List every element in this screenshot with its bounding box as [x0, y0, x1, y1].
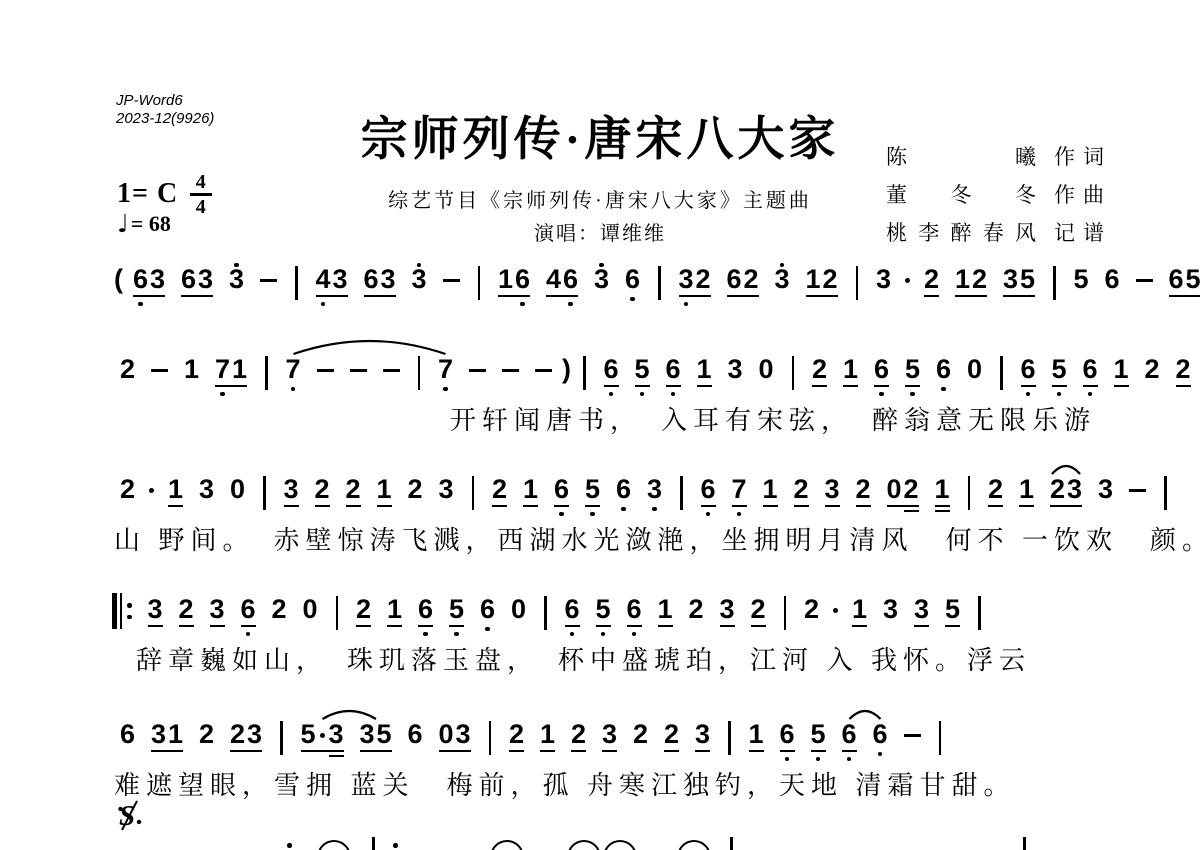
beam-underline: [585, 505, 600, 508]
note-group: 6: [841, 721, 858, 748]
note-digit: 0: [510, 596, 527, 623]
note-digit: 6: [180, 266, 197, 293]
note-digit: 1: [539, 721, 556, 748]
note-group: 12: [805, 266, 839, 293]
note-digit: 6: [626, 596, 643, 623]
beam-underline: [492, 505, 507, 508]
note-digit: 1: [497, 266, 514, 293]
beam-underline: [635, 385, 650, 388]
beam-underline: [418, 625, 433, 628]
beam-underline: [364, 295, 396, 298]
lyrics-line: 开轩闻唐书， 入耳有宋弦， 醉翁意无限乐游: [450, 400, 1200, 437]
octave-dot-low: [910, 392, 914, 396]
beam-underline: [727, 295, 759, 298]
note-digit: 1: [183, 356, 200, 383]
note-digit: 1: [167, 721, 184, 748]
note-digit: 1: [762, 476, 779, 503]
note-group: 6: [935, 356, 952, 383]
octave-dot-low: [941, 387, 945, 391]
note-digit: 3: [601, 721, 618, 748]
note-digit: 5: [376, 721, 393, 748]
svg-text:S: S: [119, 800, 135, 832]
note-group: 23: [1049, 476, 1083, 503]
note-group: 6: [624, 266, 641, 293]
note-group: 7: [437, 356, 454, 383]
beam-underline: [179, 625, 194, 628]
note-group: 2: [793, 476, 810, 503]
barline: [478, 266, 481, 300]
note-group: 6: [407, 721, 424, 748]
note-digit: 3: [283, 476, 300, 503]
note-digit: 6: [514, 266, 531, 293]
note-digit: 3: [774, 266, 791, 293]
note-digit: 3: [411, 266, 428, 293]
octave-dot-low: [520, 302, 524, 306]
note-digit: 5: [584, 476, 601, 503]
note-digit: 1: [376, 476, 393, 503]
note-digit: 5: [634, 356, 651, 383]
score-line: 217177)6561302165606561221开轩闻唐书， 入耳有宋弦， …: [112, 356, 1200, 437]
octave-dot-low: [785, 757, 789, 761]
note-digit: 2: [803, 596, 820, 623]
note-digit: 6: [841, 721, 858, 748]
notes-row: 6312235335603212322316566: [112, 721, 1016, 749]
note-digit: 3: [593, 266, 610, 293]
note-digit: 7: [437, 356, 454, 383]
beam-underline: [596, 625, 611, 628]
beam-underline: [905, 385, 920, 388]
note-digit: 3: [719, 596, 736, 623]
note-group: 1: [1018, 476, 1035, 503]
duration-dash: [260, 279, 277, 282]
beam-underline: [935, 505, 950, 508]
beam-underline: [874, 385, 889, 388]
slur-arc: [317, 840, 351, 850]
note-group: 2: [987, 476, 1004, 503]
note-group: 2: [1144, 356, 1161, 383]
note-digit: 2: [198, 721, 215, 748]
note-group: 3: [147, 596, 164, 623]
duration-dash: [151, 369, 168, 372]
note-group: 6: [553, 476, 570, 503]
octave-dot-low: [321, 302, 325, 306]
note-digit: 2: [229, 721, 246, 748]
octave-dot-high: [417, 263, 421, 267]
note-digit: 3: [875, 266, 892, 293]
note-group: 3: [719, 596, 736, 623]
note-digit: 6: [873, 356, 890, 383]
barline: [1023, 837, 1026, 850]
octave-dot-high: [780, 263, 784, 267]
note-digit: 3: [209, 596, 226, 623]
repeat-thin-bar: [120, 593, 122, 629]
note-digit: 2: [1175, 356, 1192, 383]
note-digit: 2: [345, 476, 362, 503]
octave-dot-low: [879, 392, 883, 396]
beam-underline: [315, 505, 330, 508]
beam-underline: [732, 505, 747, 508]
note-group: 1: [851, 596, 868, 623]
note-digit: 6: [553, 476, 570, 503]
note-group: 6: [417, 596, 434, 623]
note-group: 6: [479, 596, 496, 623]
note-digit: 3: [1097, 476, 1114, 503]
note-digit: 2: [407, 476, 424, 503]
beam-underline: [751, 625, 766, 628]
note-digit: 6: [700, 476, 717, 503]
notes-row: (636334363316463632623123212355665: [112, 266, 1200, 294]
duration-dash: [469, 369, 486, 372]
barline: [372, 837, 375, 850]
octave-dot-low: [570, 632, 574, 636]
note-digit: 3: [246, 721, 263, 748]
beam-underline: [887, 505, 919, 508]
note-digit: 0: [886, 476, 903, 503]
note-digit: 6: [726, 266, 743, 293]
note-digit: 0: [302, 596, 319, 623]
note-group: 65: [1168, 266, 1200, 293]
dotted-note-dot: [317, 721, 328, 748]
note-digit: 2: [793, 476, 810, 503]
note-group: 3: [198, 476, 215, 503]
score-line: (636334363316463632623123212355665: [112, 266, 1200, 294]
note-digit: 2: [695, 266, 712, 293]
note-group: 3: [438, 476, 455, 503]
octave-dot-low: [737, 512, 741, 516]
slur-arc: [490, 840, 524, 850]
augmentation-dot: [833, 608, 838, 613]
note-digit: 1: [522, 476, 539, 503]
beam-underline: [301, 750, 344, 753]
note-group: 1: [1113, 356, 1130, 383]
octave-dot-low: [816, 757, 820, 761]
beam-underline: [546, 295, 578, 298]
note-group: 71: [214, 356, 248, 383]
augmentation-dot: [149, 488, 154, 493]
barline: [680, 476, 683, 510]
duration-dash: [350, 369, 367, 372]
note-digit: 0: [966, 356, 983, 383]
note-group: 3: [646, 476, 663, 503]
note-group: 5: [904, 356, 921, 383]
note-digit: 6: [562, 266, 579, 293]
note-digit: 6: [564, 596, 581, 623]
note-group: 31: [150, 721, 184, 748]
note-digit: 3: [438, 476, 455, 503]
note-group: 3: [694, 721, 711, 748]
octave-dot-low: [454, 632, 458, 636]
note-group: 6: [779, 721, 796, 748]
beam-underline: [763, 505, 778, 508]
note-group: 1: [696, 356, 713, 383]
note-group: 03: [438, 721, 472, 748]
note-digit: 7: [214, 356, 231, 383]
note-digit: 6: [615, 476, 632, 503]
barline: [472, 476, 475, 510]
score-line: 323620216560656123221335辞章巍如山， 珠玑落玉盘， 杯中…: [112, 596, 1031, 677]
beam-underline: [356, 625, 371, 628]
note-group: 6: [665, 356, 682, 383]
note-digit: 6: [417, 596, 434, 623]
octave-dot-low: [630, 297, 634, 301]
octave-dot-low: [138, 302, 142, 306]
note-digit: 6: [603, 356, 620, 383]
note-group: 0: [510, 596, 527, 623]
duration-dash: [904, 734, 921, 737]
slur-arc: [1052, 466, 1080, 474]
octave-dot-low: [485, 627, 489, 631]
note-digit: 3: [328, 721, 345, 748]
note-group: 5: [1051, 356, 1068, 383]
note-digit: 3: [1066, 476, 1083, 503]
sheet-music-page: JP-Word6 2023-12(9926) 宗师列传·唐宋八大家 综艺节目《宗…: [0, 0, 1200, 850]
note-group: 2: [178, 596, 195, 623]
note-group: 5: [1073, 266, 1090, 293]
note-digit: 5: [1019, 266, 1036, 293]
beam-underline: [148, 625, 163, 628]
note-digit: 5: [300, 721, 317, 748]
barline: [978, 596, 981, 630]
note-digit: 2: [178, 596, 195, 623]
note-group: 3: [228, 266, 245, 293]
beam-underline: [602, 750, 617, 753]
beam-underline: [749, 750, 764, 753]
note-digit: 3: [380, 266, 397, 293]
note-group: 2: [923, 266, 940, 293]
note-digit: 3: [149, 266, 166, 293]
beam-underline: [241, 625, 256, 628]
note-group: 0: [302, 596, 319, 623]
note-digit: 6: [479, 596, 496, 623]
octave-dot-low: [847, 757, 851, 761]
score-line: 6312235335603212322316566难遮望眼，雪拥 蓝关 梅前，孤…: [112, 721, 1016, 802]
octave-dot-low: [706, 512, 710, 516]
note-group: 6: [873, 356, 890, 383]
note-digit: 2: [663, 721, 680, 748]
note-group: 16: [497, 266, 531, 293]
note-digit: 3: [824, 476, 841, 503]
barline: [939, 721, 942, 755]
note-digit: 1: [1018, 476, 1035, 503]
note-group: 1: [657, 596, 674, 623]
note-digit: 5: [944, 596, 961, 623]
note-group: 5: [634, 356, 651, 383]
note-digit: 2: [271, 596, 288, 623]
note-digit: 4: [545, 266, 562, 293]
beam-underline: [316, 295, 348, 298]
note-group: 2: [632, 721, 649, 748]
beam-underline: [1021, 385, 1036, 388]
note-group: 3: [593, 266, 610, 293]
octave-dot-low: [671, 392, 675, 396]
slur-arc: [567, 840, 601, 850]
note-group: 53: [300, 721, 345, 748]
note-group: 7: [285, 356, 302, 383]
beam-underline: [664, 750, 679, 753]
notes-row: 213032212321656367123202121233: [112, 476, 1200, 504]
note-group: 63: [180, 266, 214, 293]
octave-dot-low: [1057, 392, 1061, 396]
augmentation-dot: [905, 278, 910, 283]
note-group: 2: [119, 476, 136, 503]
beam-underline: [924, 295, 939, 298]
note-group: 2: [688, 596, 705, 623]
barline: [418, 356, 421, 390]
beam-underline: [133, 295, 165, 298]
duration-dash: [443, 279, 460, 282]
duration-dash: [535, 369, 552, 372]
note-digit: 4: [315, 266, 332, 293]
lyrics-line: 辞章巍如山， 珠玑落玉盘， 杯中盛琥珀，江河 入 我怀。浮云: [136, 640, 1031, 677]
beam-underline: [988, 505, 1003, 508]
note-digit: 2: [1049, 476, 1066, 503]
octave-dot-low: [1026, 392, 1030, 396]
beam-underline: [852, 625, 867, 628]
barline: [280, 721, 283, 755]
note-digit: 5: [904, 356, 921, 383]
barline: [1000, 356, 1003, 390]
octave-dot-low: [287, 843, 292, 848]
note-group: 6: [615, 476, 632, 503]
beam-underline: [284, 505, 299, 508]
note-digit: 2: [987, 476, 1004, 503]
beam-underline: [806, 295, 838, 298]
note-group: 12: [954, 266, 988, 293]
note-digit: 1: [934, 476, 951, 503]
barline: [1164, 476, 1167, 510]
note-group: 2: [811, 356, 828, 383]
note-digit: 5: [595, 596, 612, 623]
note-group: 2: [803, 596, 820, 623]
note-digit: 3: [455, 721, 472, 748]
note-digit: 1: [748, 721, 765, 748]
octave-dot-low: [632, 632, 636, 636]
note-digit: 2: [1144, 356, 1161, 383]
note-group: 3: [209, 596, 226, 623]
note-digit: 1: [851, 596, 868, 623]
note-group: 2: [119, 356, 136, 383]
beam-underline: [509, 750, 524, 753]
second-beam: [935, 510, 950, 513]
note-digit: 0: [229, 476, 246, 503]
octave-dot-low: [609, 392, 613, 396]
repeat-dots: [127, 593, 132, 629]
octave-dot-low: [291, 387, 295, 391]
octave-dot-low: [246, 632, 250, 636]
note-digit: 6: [935, 356, 952, 383]
note-group: 1: [539, 721, 556, 748]
slur-arc: [603, 840, 637, 850]
beam-underline: [571, 750, 586, 753]
note-digit: 3: [150, 721, 167, 748]
note-group: 3: [727, 356, 744, 383]
note-group: 2: [271, 596, 288, 623]
note-digit: 6: [1020, 356, 1037, 383]
beam-underline: [1176, 385, 1191, 388]
octave-dot-low: [684, 302, 688, 306]
note-digit: 3: [198, 476, 215, 503]
segno-icon: S: [117, 798, 143, 834]
note-digit: 3: [694, 721, 711, 748]
note-digit: 2: [119, 476, 136, 503]
note-group: 1: [934, 476, 951, 503]
note-group: 3: [913, 596, 930, 623]
note-group: 3: [1097, 476, 1114, 503]
beam-underline: [1050, 505, 1082, 508]
beam-underline: [627, 625, 642, 628]
beam-underline: [1003, 295, 1035, 298]
octave-dot-high: [234, 263, 238, 267]
beam-underline: [825, 505, 840, 508]
note-digit: 6: [119, 721, 136, 748]
note-group: 2: [355, 596, 372, 623]
note-group: 1: [748, 721, 765, 748]
beam-underline: [1052, 385, 1067, 388]
second-beam: [904, 510, 919, 513]
note-group: 2: [345, 476, 362, 503]
barline: [583, 356, 586, 390]
beam-underline: [666, 385, 681, 388]
note-digit: 1: [696, 356, 713, 383]
beam-underline: [780, 750, 795, 753]
note-group: 32: [678, 266, 712, 293]
beam-underline: [498, 295, 530, 298]
octave-dot-high: [599, 263, 603, 267]
beam-underline: [565, 625, 580, 628]
note-digit: 7: [731, 476, 748, 503]
beam-underline: [701, 505, 716, 508]
note-digit: 3: [882, 596, 899, 623]
slur-layer: [112, 326, 1200, 360]
octave-dot-low: [590, 512, 594, 516]
note-digit: 1: [805, 266, 822, 293]
note-group: 23: [229, 721, 263, 748]
note-digit: 3: [646, 476, 663, 503]
slur-arc: [677, 840, 711, 850]
barline: [728, 721, 731, 755]
parenthesis: (: [114, 266, 123, 293]
note-group: 3: [824, 476, 841, 503]
note-group: 3: [875, 266, 892, 293]
note-group: 2: [663, 721, 680, 748]
beam-underline: [856, 505, 871, 508]
note-group: 2: [198, 721, 215, 748]
note-group: 1: [376, 476, 393, 503]
beam-underline: [604, 385, 619, 388]
note-group: 2: [750, 596, 767, 623]
note-digit: 3: [1002, 266, 1019, 293]
note-group: 5: [810, 721, 827, 748]
note-group: 43: [315, 266, 349, 293]
note-digit: 3: [197, 266, 214, 293]
note-digit: 0: [758, 356, 775, 383]
second-beam: [329, 755, 344, 758]
note-digit: 2: [119, 356, 136, 383]
note-group: 0: [966, 356, 983, 383]
note-group: 2: [855, 476, 872, 503]
barline: [336, 596, 339, 630]
note-group: 2: [1175, 356, 1192, 383]
repeat-open-sign: [112, 593, 132, 629]
notes-row: 323620216560656123221335: [112, 596, 1031, 624]
note-group: 1: [842, 356, 859, 383]
octave-dot-low: [220, 392, 224, 396]
note-digit: 7: [285, 356, 302, 383]
note-digit: 2: [314, 476, 331, 503]
barline: [1053, 266, 1056, 300]
beam-underline: [230, 750, 262, 753]
octave-dot-low: [443, 387, 447, 391]
